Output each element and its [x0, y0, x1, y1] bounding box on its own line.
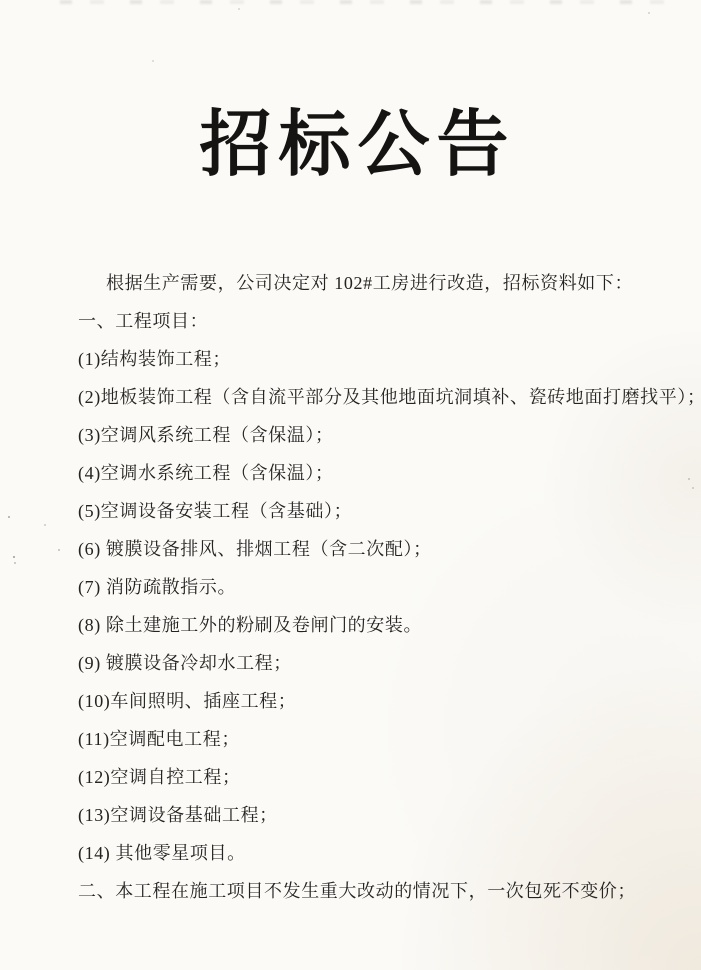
list-item: (8) 除土建施工外的粉刷及卷闸门的安装。 — [78, 606, 678, 644]
list-item: (13)空调设备基础工程； — [78, 796, 678, 834]
list-item: (1)结构装饰工程； — [78, 340, 678, 378]
section-two-paragraph: 二、本工程在施工项目不发生重大改动的情况下，一次包死不变价； — [78, 872, 678, 910]
list-item: (6) 镀膜设备排风、排烟工程（含二次配）； — [78, 530, 678, 568]
scan-noise-specks — [0, 0, 2, 2]
document-title: 招标公告 — [0, 86, 701, 190]
document-body: 根据生产需要，公司决定对 102#工房进行改造，招标资料如下： 一、工程项目： … — [78, 264, 678, 910]
list-item: (12)空调自控工程； — [78, 758, 678, 796]
intro-paragraph: 根据生产需要，公司决定对 102#工房进行改造，招标资料如下： — [78, 264, 678, 302]
list-item: (10)车间照明、插座工程； — [78, 682, 678, 720]
list-item: (3)空调风系统工程（含保温）； — [78, 416, 678, 454]
list-item: (14) 其他零星项目。 — [78, 834, 678, 872]
list-item: (11)空调配电工程； — [78, 720, 678, 758]
list-item: (4)空调水系统工程（含保温）； — [78, 454, 678, 492]
list-item: (2)地板装饰工程（含自流平部分及其他地面坑洞填补、瓷砖地面打磨找平）； — [78, 378, 678, 416]
scan-edge-artifact — [60, 0, 671, 4]
list-item: (7) 消防疏散指示。 — [78, 568, 678, 606]
list-item: (9) 镀膜设备冷却水工程； — [78, 644, 678, 682]
section-one-heading: 一、工程项目： — [78, 302, 678, 340]
scanned-document-page: 招标公告 根据生产需要，公司决定对 102#工房进行改造，招标资料如下： 一、工… — [0, 0, 701, 970]
list-item: (5)空调设备安装工程（含基础）； — [78, 492, 678, 530]
